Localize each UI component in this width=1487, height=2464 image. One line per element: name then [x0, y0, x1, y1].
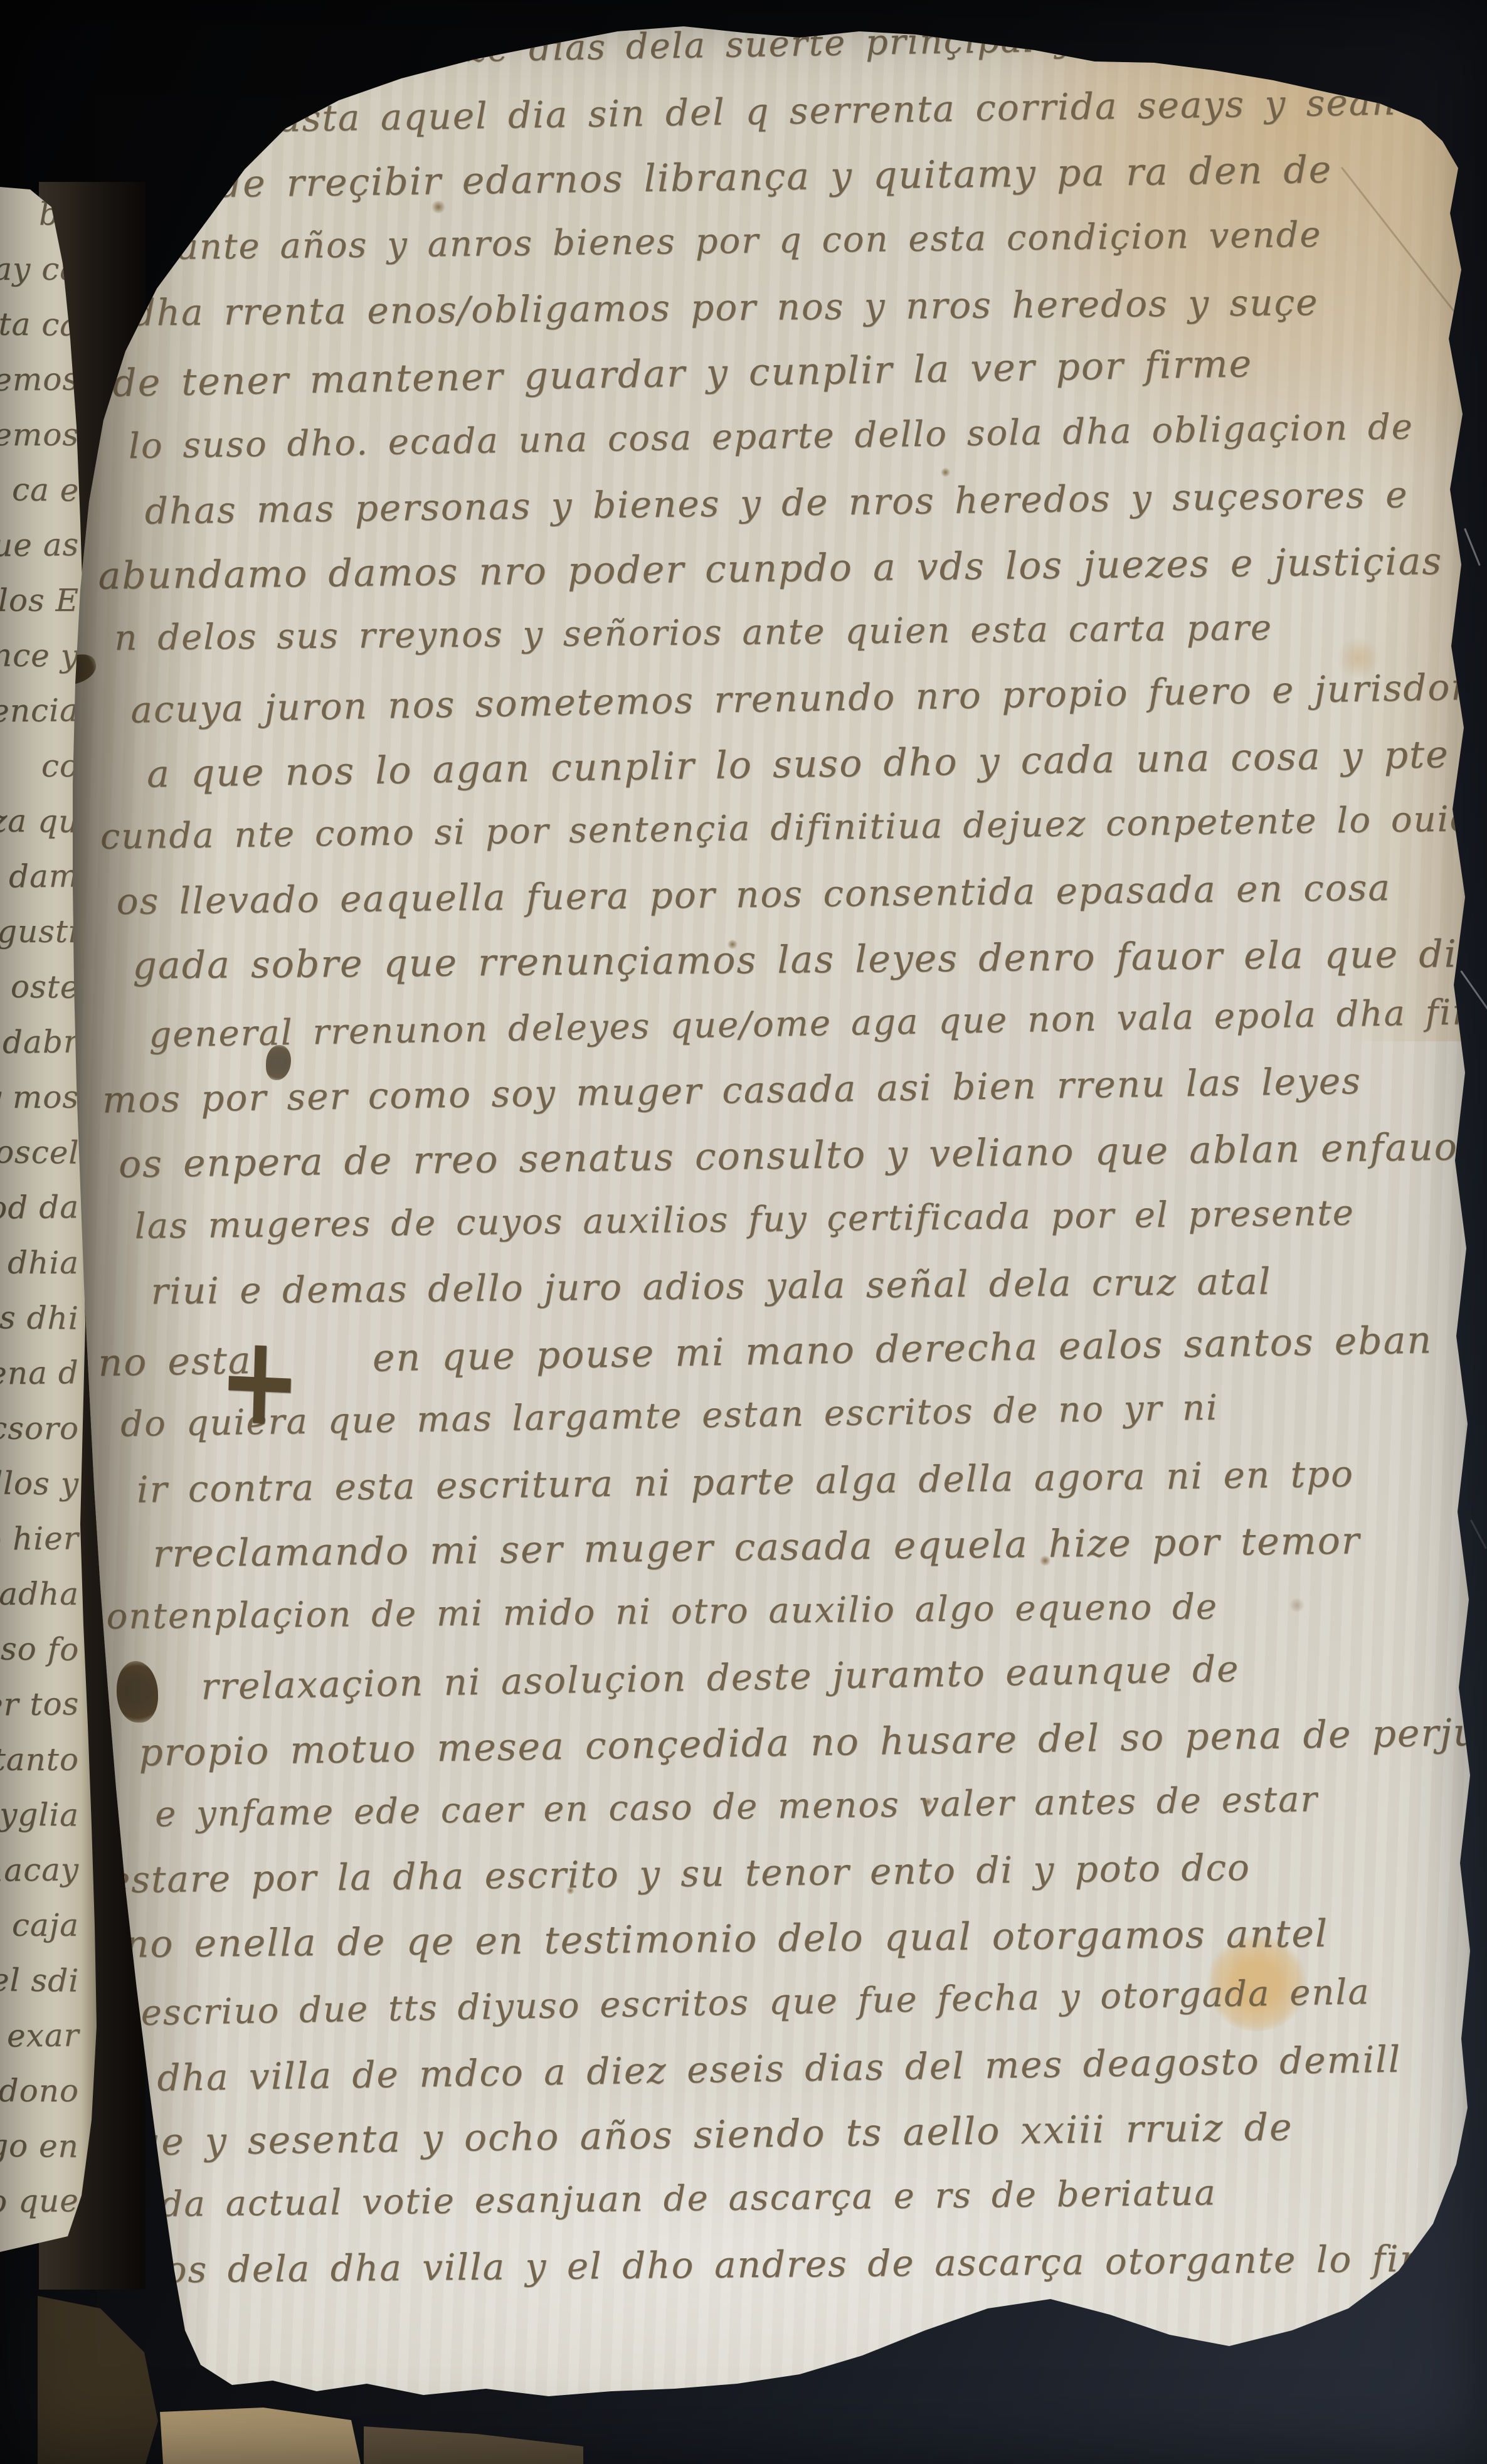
facing-page-line-fragment: der tos [0, 1686, 79, 1723]
facing-page-line-fragment: tanto [0, 1741, 79, 1778]
facing-page-line-fragment: que as [0, 526, 79, 564]
facing-page-line-fragment: ladha [0, 1576, 79, 1612]
manuscript-page: 2 3 los dhos quatorze dias dela suerte p… [0, 0, 1487, 2464]
facing-page-line-fragment: dono [0, 2073, 79, 2109]
gutter-shadow-on-page [0, 0, 1487, 2464]
facing-page-line-fragment: vena d [0, 1354, 79, 1392]
facing-page-line-fragment: gusti [0, 913, 79, 950]
facing-page-line-fragment: d oste [0, 968, 79, 1006]
facing-page-line-fragment: nencia [0, 692, 79, 730]
facing-page-line-fragment: n caja [0, 1907, 79, 1943]
facing-page-line-fragment: o dhia [0, 1245, 79, 1281]
facing-page-line-fragment: exar [6, 2017, 79, 2054]
facing-page-line-fragment: ccsoro [0, 1410, 79, 1447]
facing-page-line-fragment: erta ca [0, 305, 79, 343]
facing-page-line-fragment: s dhi [0, 1299, 79, 1336]
facing-page-line-fragment: dabr [3, 1023, 79, 1060]
facing-page-line-fragment: za qu [0, 802, 79, 839]
facing-page-line-fragment: nemos [0, 417, 79, 453]
facing-page-line-fragment: so fo [0, 1630, 79, 1667]
manuscript-photo: basay caerta canemosnemosca eque asllos … [0, 0, 1487, 2464]
facing-page-line-fragment: ince y [0, 637, 79, 674]
background-fiber-streak [1460, 970, 1487, 1015]
background-fiber-streak [1470, 1519, 1487, 1549]
facing-page-line-fragment: co que [0, 2182, 79, 2220]
facing-page-line-fragment: nemos [0, 361, 79, 398]
facing-page-line-fragment: vod da [0, 1189, 79, 1226]
background-fiber-streak [1464, 528, 1481, 566]
folio-mark: 2 3 [1264, 27, 1365, 84]
facing-page-line-fragment: oscel [0, 1134, 79, 1171]
facing-page-line-fragment: hacay [0, 1851, 79, 1889]
facing-page-line-fragment: ca e [11, 471, 79, 508]
facing-page-line-fragment: i dam [0, 858, 79, 895]
facing-page-line-fragment: go en [0, 2127, 79, 2165]
facing-page-line-fragment: yglia [0, 1796, 79, 1833]
facing-page-line-fragment: llos y [0, 1465, 79, 1502]
facing-page-line-fragment: el sdi [0, 1962, 79, 1999]
facing-page-line-fragment: o hier [0, 1520, 79, 1558]
facing-page-line-fragment: llos E [0, 582, 79, 619]
facing-page-line-fragment: y mos [0, 1079, 79, 1115]
